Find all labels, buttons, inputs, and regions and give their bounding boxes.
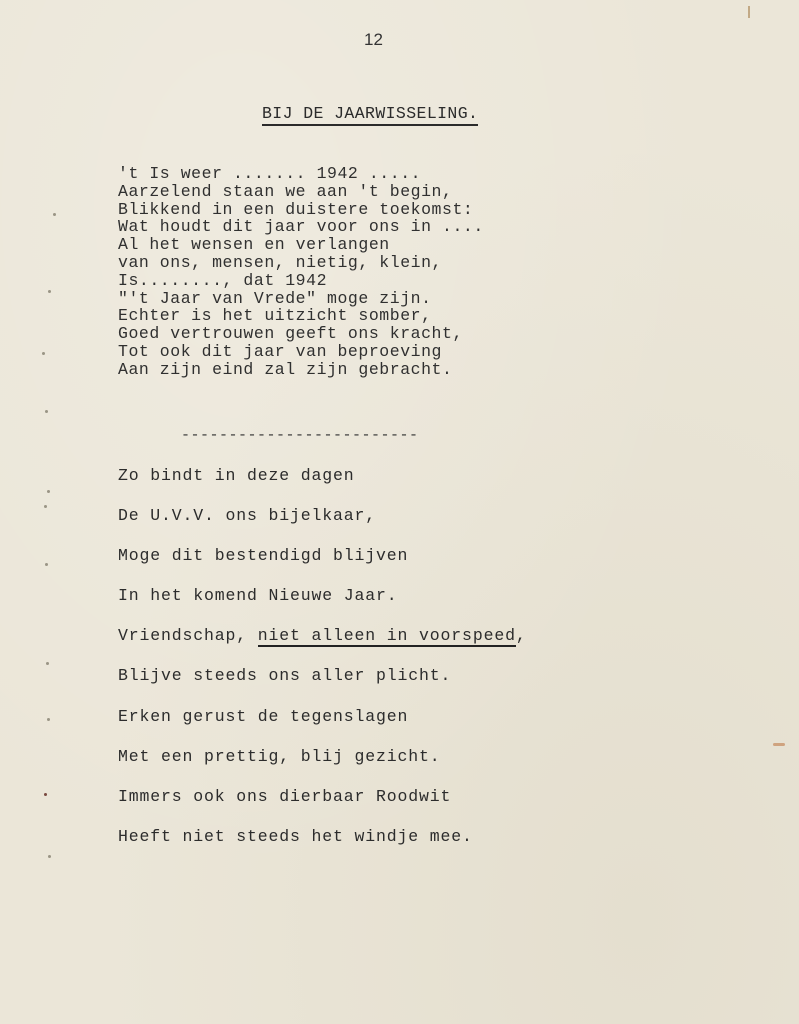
poem-line: Immers ook ons dierbaar Roodwit	[118, 786, 527, 826]
poem-line: Al het wensen en verlangen	[118, 236, 484, 254]
poem-line: Blijve steeds ons aller plicht.	[118, 665, 527, 705]
binding-hole-mark	[44, 793, 47, 796]
poem-line: Goed vertrouwen geeft ons kracht,	[118, 325, 484, 343]
poem-line: Echter is het uitzicht somber,	[118, 307, 484, 325]
poem-line: "'t Jaar van Vrede" moge zijn.	[118, 290, 484, 308]
underlined-phrase: niet alleen in voorspeed	[258, 626, 516, 647]
binding-hole-mark	[44, 505, 47, 508]
poem-title-text: BIJ DE JAARWISSELING.	[262, 104, 478, 126]
binding-hole-mark	[45, 563, 48, 566]
stanza-1: 't Is weer ....... 1942 .....Aarzelend s…	[118, 165, 484, 379]
binding-hole-mark	[53, 213, 56, 216]
poem-line: 't Is weer ....... 1942 .....	[118, 165, 484, 183]
binding-hole-mark	[47, 718, 50, 721]
poem-line: Erken gerust de tegenslagen	[118, 706, 527, 746]
poem-line: van ons, mensen, nietig, klein,	[118, 254, 484, 272]
poem-line: Tot ook dit jaar van beproeving	[118, 343, 484, 361]
binding-hole-mark	[48, 290, 51, 293]
poem-line: Aan zijn eind zal zijn gebracht.	[118, 361, 484, 379]
typed-page: 12 BIJ DE JAARWISSELING. 't Is weer ....…	[0, 0, 799, 1024]
section-divider: -------------------------	[181, 427, 419, 444]
poem-line: In het komend Nieuwe Jaar.	[118, 585, 527, 625]
stanza-2: Zo bindt in deze dagenDe U.V.V. ons bije…	[118, 465, 527, 866]
poem-line-part: ,	[516, 626, 527, 645]
binding-hole-mark	[48, 855, 51, 858]
binding-hole-mark	[42, 352, 45, 355]
poem-line: Zo bindt in deze dagen	[118, 465, 527, 505]
poem-line: Met een prettig, blij gezicht.	[118, 746, 527, 786]
poem-line: De U.V.V. ons bijelkaar,	[118, 505, 527, 545]
poem-line: Is........, dat 1942	[118, 272, 484, 290]
binding-hole-mark	[47, 490, 50, 493]
poem-line: Blikkend in een duistere toekomst:	[118, 201, 484, 219]
page-number: 12	[364, 30, 383, 50]
poem-line: Wat houdt dit jaar voor ons in ....	[118, 218, 484, 236]
binding-hole-mark	[45, 410, 48, 413]
poem-line-part: Vriendschap,	[118, 626, 258, 645]
poem-title: BIJ DE JAARWISSELING.	[262, 104, 478, 123]
poem-line: Aarzelend staan we aan 't begin,	[118, 183, 484, 201]
paper-mark	[748, 6, 750, 18]
binding-hole-mark	[46, 662, 49, 665]
paper-stain	[773, 743, 785, 746]
poem-line: Heeft niet steeds het windje mee.	[118, 826, 527, 866]
poem-line: Moge dit bestendigd blijven	[118, 545, 527, 585]
poem-line: Vriendschap, niet alleen in voorspeed,	[118, 625, 527, 665]
